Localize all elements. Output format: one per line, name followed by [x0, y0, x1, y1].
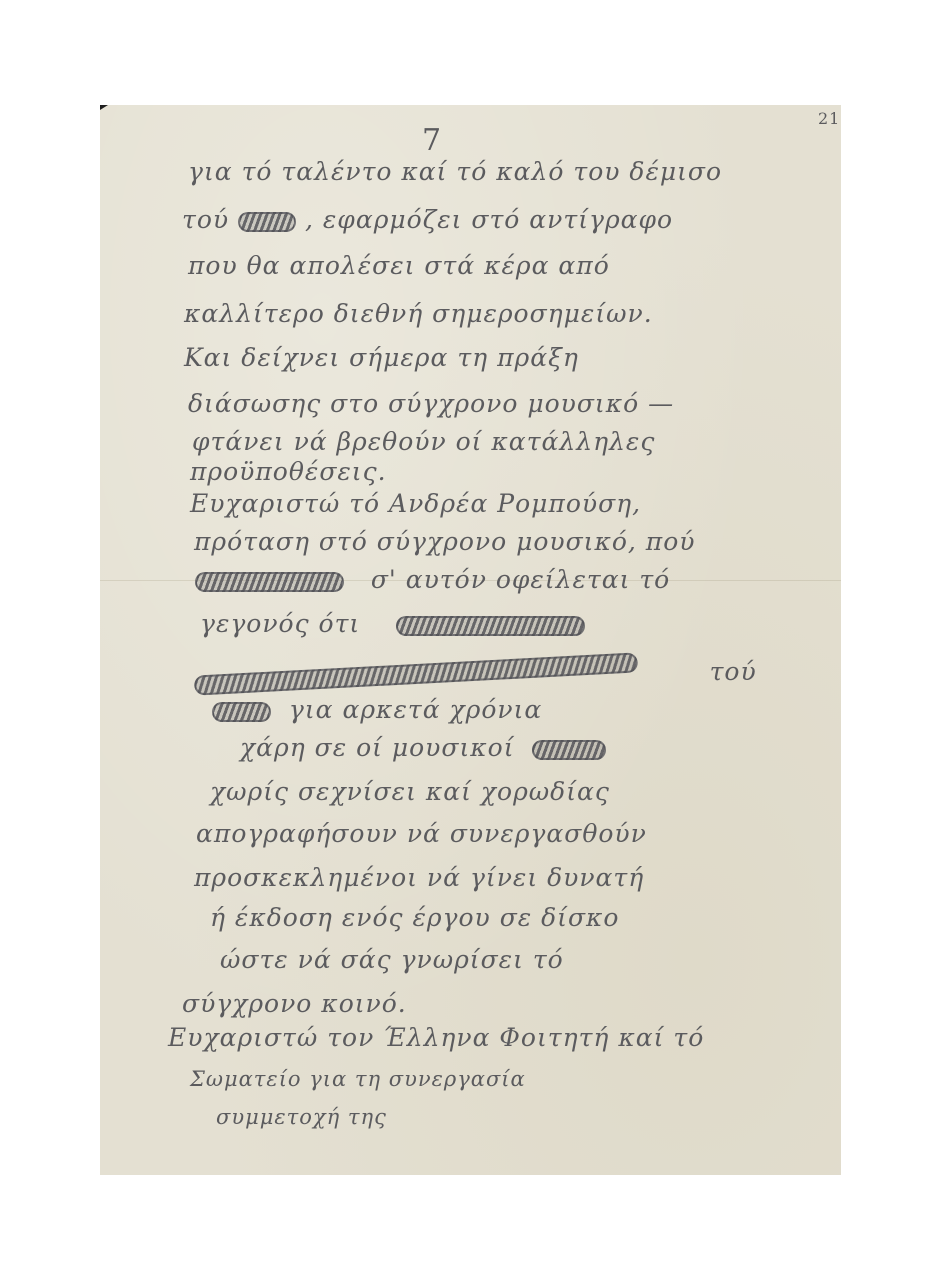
- text-line-16: χωρίς σεχνίσει καί χορωδίας: [210, 777, 610, 806]
- text-line-15: χάρη σε οί μουσικοί: [240, 733, 606, 762]
- text-fragment: , εφαρμόζει στό αντίγραφο: [305, 205, 673, 234]
- text-line-20: ώστε νά σάς γνωρίσει τό: [220, 945, 564, 974]
- text-line-3: που θα απολέσει στά κέρα από: [188, 251, 610, 280]
- page-number: 7: [422, 123, 442, 158]
- text-fragment: για αρκετά χρόνια: [280, 695, 542, 724]
- text-line-13: τού: [194, 657, 757, 686]
- text-fragment: σ' αυτόν οφείλεται τό: [353, 565, 670, 594]
- crossed-out-word: [238, 212, 296, 232]
- text-line-7: φτάνει νά βρεθούν οί κατάλληλες: [192, 427, 655, 456]
- text-line-1: για τό ταλέντο καί τό καλό του δέμισο: [188, 157, 722, 186]
- text-line-5: Και δείχνει σήμερα τη πράξη: [184, 343, 579, 372]
- text-line-11: σ' αυτόν οφείλεται τό: [195, 565, 670, 594]
- scan-corner-mark: [100, 105, 108, 110]
- text-line-12: γεγονός ότι: [200, 609, 585, 638]
- text-fragment: χάρη σε οί μουσικοί: [240, 733, 523, 762]
- text-fragment: γεγονός ότι: [200, 609, 387, 638]
- crossed-out-word: [195, 572, 344, 592]
- text-line-21: σύγχρονο κοινό.: [182, 989, 407, 1018]
- folio-number: 21: [818, 109, 840, 128]
- text-line-10: πρόταση στό σύγχρονο μουσικό, πού: [194, 527, 695, 556]
- text-line-24: συμμετοχή της: [216, 1105, 387, 1129]
- text-line-18: προσκεκλημένοι νά γίνει δυνατή: [194, 863, 644, 892]
- crossed-out-line: [194, 652, 638, 695]
- text-line-4: καλλίτερο διεθνή σημεροσημείων.: [184, 299, 653, 328]
- text-line-19: ή έκδοση ενός έργου σε δίσκο: [210, 903, 619, 932]
- text-line-22: Ευχαριστώ τον Έλληνα Φοιτητή καί τό: [168, 1023, 704, 1052]
- text-line-2: τού , εφαρμόζει στό αντίγραφο: [182, 205, 673, 234]
- text-line-17: απογραφήσουν νά συνεργασθούν: [196, 819, 647, 848]
- manuscript-page: 7 21 για τό ταλέντο καί τό καλό του δέμι…: [100, 105, 841, 1175]
- crossed-out-word: [532, 740, 606, 760]
- text-line-8: προϋποθέσεις.: [190, 457, 387, 486]
- crossed-out-phrase: [396, 616, 585, 636]
- text-line-14: για αρκετά χρόνια: [212, 695, 542, 724]
- text-fragment: τού: [182, 205, 229, 234]
- text-line-9: Ευχαριστώ τό Ανδρέα Ρομπούση,: [190, 489, 641, 518]
- crossed-out-word: [212, 702, 271, 722]
- text-fragment: τού: [647, 657, 757, 686]
- text-line-6: διάσωσης στο σύγχρονο μουσικό —: [188, 389, 674, 418]
- text-line-23: Σωματείο για τη συνεργασία: [190, 1067, 526, 1091]
